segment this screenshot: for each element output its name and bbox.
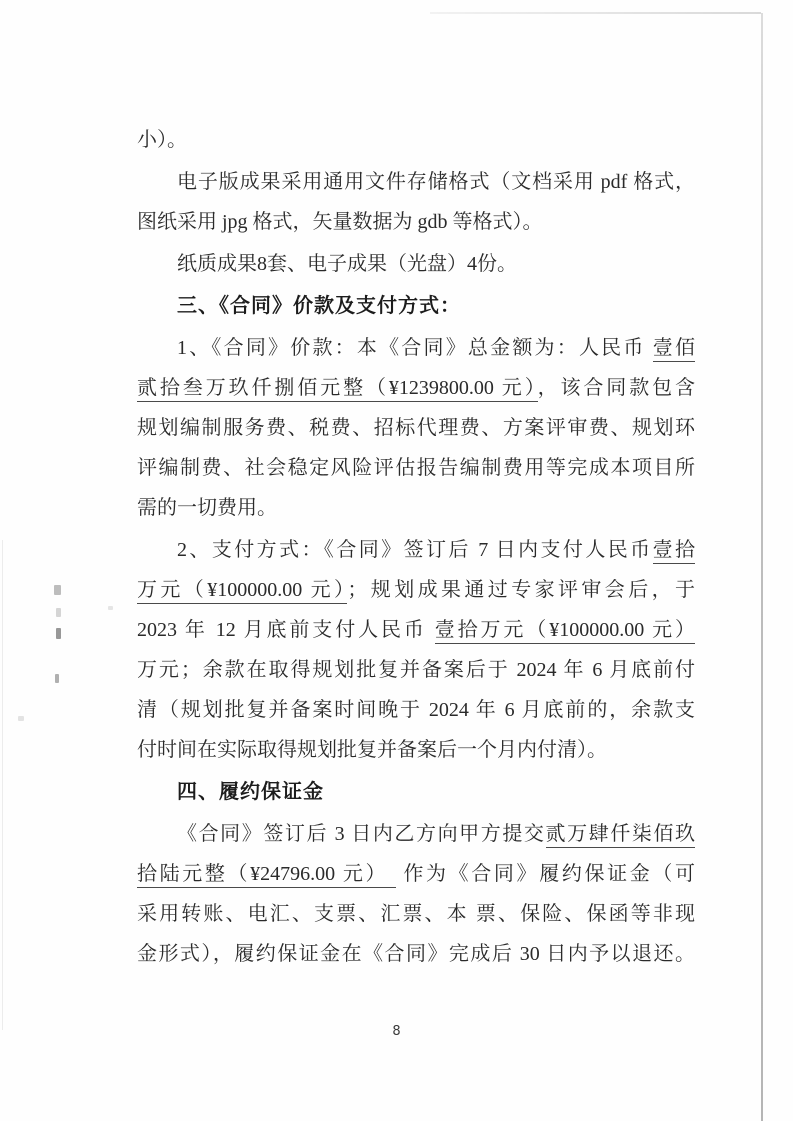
scanned-contract-page: 小）。电子版成果采用通用文件存储格式（文档采用 pdf 格式，图纸采用 jpg … <box>0 0 793 1121</box>
text-segment: 金形式），履约保证金在《合同》完成后 30 日内予以退还。 <box>137 943 695 965</box>
text-line: 万元（¥100000.00 元）；规划成果通过专家评审会后，于 <box>137 570 695 610</box>
scan-artifact <box>56 628 61 639</box>
text-segment: 三、《合同》价款及支付方式： <box>177 295 461 317</box>
scan-artifact <box>55 674 59 683</box>
document-content: 小）。电子版成果采用通用文件存储格式（文档采用 pdf 格式，图纸采用 jpg … <box>137 120 695 976</box>
text-line: 付时间在实际取得规划批复并备案后一个月内付清）。 <box>137 730 695 770</box>
text-segment: 小）。 <box>137 129 187 151</box>
text-segment: 规划编制服务费、税费、招标代理费、方案评审费、规划环 <box>137 417 695 439</box>
scan-artifact <box>56 608 61 617</box>
text-line: 四、履约保证金 <box>137 772 695 812</box>
text-line: 图纸采用 jpg 格式，矢量数据为 gdb 等格式）。 <box>137 202 695 242</box>
text-line: 金形式），履约保证金在《合同》完成后 30 日内予以退还。 <box>137 934 695 974</box>
text-line: 清（规划批复并备案时间晚于 2024 年 6 月底前的，余款支 <box>137 690 695 730</box>
paragraph: 电子版成果采用通用文件存储格式（文档采用 pdf 格式，图纸采用 jpg 格式，… <box>137 162 695 242</box>
text-segment: 2、支付方式：《合同》签订后 7 日内支付人民币 <box>177 539 653 561</box>
text-line: 三、《合同》价款及支付方式： <box>137 286 695 326</box>
underlined-amount: 贰万肆仟柒佰玖 <box>546 823 696 848</box>
text-line: 1、《合同》价款：本《合同》总金额为：人民币 壹佰 <box>137 328 695 368</box>
text-segment: 清（规划批复并备案时间晚于 2024 年 6 月底前的，余款支 <box>137 699 695 721</box>
text-segment: 电子版成果采用通用文件存储格式（文档采用 pdf 格式， <box>177 171 695 193</box>
paragraph: 小）。 <box>137 120 695 160</box>
text-line: 《合同》签订后 3 日内乙方向甲方提交贰万肆仟柒佰玖 <box>137 814 695 854</box>
text-segment: 评编制费、社会稳定风险评估报告编制费用等完成本项目所 <box>137 457 695 479</box>
text-line: 电子版成果采用通用文件存储格式（文档采用 pdf 格式， <box>137 162 695 202</box>
section-heading: 四、履约保证金 <box>137 772 695 812</box>
paragraph: 1、《合同》价款：本《合同》总金额为：人民币 壹佰贰拾叁万玖仟捌佰元整（¥123… <box>137 328 695 528</box>
text-segment: ，该合同款包含 <box>538 377 695 399</box>
underlined-amount: 贰拾叁万玖仟捌佰元整（¥1239800.00 元） <box>137 377 538 402</box>
text-line: 贰拾叁万玖仟捌佰元整（¥1239800.00 元），该合同款包含 <box>137 368 695 408</box>
paragraph: 《合同》签订后 3 日内乙方向甲方提交贰万肆仟柒佰玖拾陆元整（¥24796.00… <box>137 814 695 974</box>
text-line: 采用转账、电汇、支票、汇票、本 票、保险、保函等非现 <box>137 894 695 934</box>
underlined-amount: 壹拾 <box>653 539 695 564</box>
text-line: 2、支付方式：《合同》签订后 7 日内支付人民币壹拾 <box>137 530 695 570</box>
paragraph: 纸质成果8套、电子成果（光盘）4份。 <box>137 244 695 284</box>
text-line: 2023 年 12 月底前支付人民币 壹拾万元（¥100000.00 元） <box>137 610 695 650</box>
section-heading: 三、《合同》价款及支付方式： <box>137 286 695 326</box>
underlined-amount: 壹佰 <box>653 337 695 362</box>
scan-artifact <box>18 716 24 721</box>
text-segment: 采用转账、电汇、支票、汇票、本 票、保险、保函等非现 <box>137 903 695 925</box>
text-segment: 1、《合同》价款：本《合同》总金额为：人民币 <box>177 337 653 359</box>
text-segment: 需的一切费用。 <box>137 497 277 519</box>
scan-artifact <box>54 585 61 595</box>
text-line: 万元；余款在取得规划批复并备案后于 2024 年 6 月底前付 <box>137 650 695 690</box>
text-line: 拾陆元整（¥24796.00 元） 作为《合同》履约保证金（可 <box>137 854 695 894</box>
text-line: 规划编制服务费、税费、招标代理费、方案评审费、规划环 <box>137 408 695 448</box>
text-segment: 万元；余款在取得规划批复并备案后于 2024 年 6 月底前付 <box>137 659 695 681</box>
page-left-edge-line <box>2 540 3 1030</box>
text-line: 评编制费、社会稳定风险评估报告编制费用等完成本项目所 <box>137 448 695 488</box>
text-segment: 图纸采用 jpg 格式，矢量数据为 gdb 等格式）。 <box>137 211 543 233</box>
text-segment: 2023 年 12 月底前支付人民币 <box>137 619 435 641</box>
text-segment: 作为《合同》履约保证金（可 <box>396 863 695 885</box>
text-line: 纸质成果8套、电子成果（光盘）4份。 <box>137 244 695 284</box>
underlined-amount: 拾陆元整（¥24796.00 元） <box>137 863 396 888</box>
text-segment: 纸质成果8套、电子成果（光盘）4份。 <box>177 253 517 275</box>
text-line: 需的一切费用。 <box>137 488 695 528</box>
page-top-edge-line <box>430 12 761 14</box>
underlined-amount: 万元（¥100000.00 元） <box>137 579 347 604</box>
text-line: 小）。 <box>137 120 695 160</box>
page-number: 8 <box>0 1024 793 1039</box>
text-segment: 《合同》签订后 3 日内乙方向甲方提交 <box>177 823 546 845</box>
text-segment: 付时间在实际取得规划批复并备案后一个月内付清）。 <box>137 739 607 761</box>
underlined-amount: 壹拾万元（¥100000.00 元） <box>435 619 695 644</box>
page-right-edge-line <box>761 13 763 1121</box>
scan-artifact <box>108 606 113 610</box>
paragraph: 2、支付方式：《合同》签订后 7 日内支付人民币壹拾万元（¥100000.00 … <box>137 530 695 770</box>
text-segment: ；规划成果通过专家评审会后，于 <box>347 579 695 601</box>
text-segment: 四、履约保证金 <box>177 781 324 803</box>
